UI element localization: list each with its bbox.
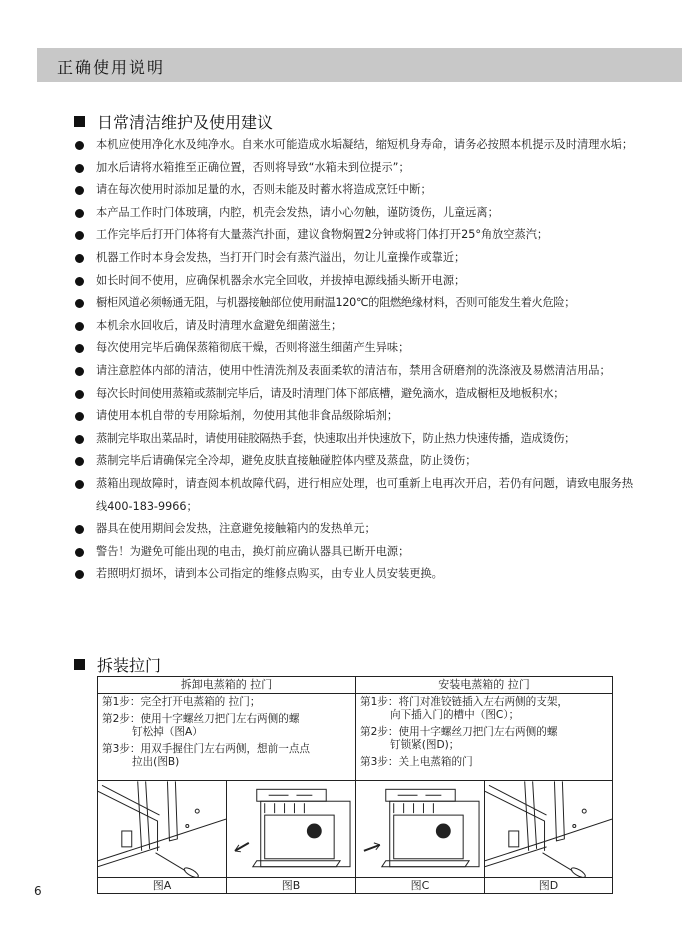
install-door-header: 安装电蒸箱的 拉门 — [356, 677, 613, 694]
list-item: 加水后请将水箱推至正确位置，否则将导致“水箱未到位提示”； — [74, 157, 634, 180]
list-item: 蒸制完毕取出菜品时，请使用硅胶隔热手套，快速取出并快速放下，防止热力快速传播，造… — [74, 428, 634, 451]
list-item: 本机应使用净化水及纯净水。自来水可能造成水垢凝结，缩短机身寿命，请务必按照本机提… — [74, 134, 634, 157]
list-item: 蒸制完毕后请确保完全冷却，避免皮肤直接触碰腔体内壁及蒸盘，防止烫伤； — [74, 450, 634, 473]
figure-c-insert-door — [356, 781, 485, 878]
step: 第1步：完全打开电蒸箱的 拉门； — [102, 696, 351, 709]
bullet-dot-icon — [75, 344, 84, 353]
bullet-dot-icon — [75, 548, 84, 557]
bullet-dot-icon — [75, 570, 84, 579]
list-item: 蒸箱出现故障时，请查阅本机故障代码，进行相应处理，也可重新上电再次开启，若仍有问… — [74, 473, 634, 518]
list-item: 请使用本机自带的专用除垢剂，勿使用其他非食品级除垢剂； — [74, 405, 634, 428]
install-door-steps: 第1步：将门对准铰链插入左右两侧的支架，向下插入门的槽中（图C）； 第2步：使用… — [356, 694, 613, 781]
bullet-dot-icon — [75, 254, 84, 263]
square-bullet-icon — [74, 116, 85, 127]
list-item: 若照明灯损坏，请到本公司指定的维修点购买，由专业人员安装更换。 — [74, 563, 634, 586]
page-title: 正确使用说明 — [57, 55, 165, 78]
list-item: 如长时间不使用，应确保机器余水完全回收，并拔掉电源线插头断开电源； — [74, 270, 634, 293]
bullet-dot-icon — [75, 457, 84, 466]
step: 第1步：将门对准铰链插入左右两侧的支架，向下插入门的槽中（图C）； — [360, 696, 608, 722]
bullet-dot-icon — [75, 141, 84, 150]
list-item: 机器工作时本身会发热，当打开门时会有蒸汽溢出，勿让儿童操作或靠近； — [74, 247, 634, 270]
bullet-dot-icon — [75, 186, 84, 195]
list-item: 本机余水回收后，请及时清理水盒避免细菌滋生； — [74, 315, 634, 338]
section-title: 拆装拉门 — [97, 653, 161, 676]
list-item: 本产品工作时门体玻璃，内腔，机壳会发热，请小心勿触，谨防烫伤，儿童远离； — [74, 202, 634, 225]
bullet-dot-icon — [75, 412, 84, 421]
bullet-dot-icon — [75, 164, 84, 173]
figure-caption-a: 图A — [98, 878, 227, 894]
section-header-bar: 正确使用说明 — [37, 48, 682, 82]
section-title: 日常清洁维护及使用建议 — [97, 110, 273, 133]
list-item: 请注意腔体内部的清洁，使用中性清洗剂及表面柔软的清洁布，禁用含研磨剂的洗涤液及易… — [74, 360, 634, 383]
step: 第3步：用双手握住门左右两侧，想前一点点拉出(图B) — [102, 743, 351, 769]
bullet-dot-icon — [75, 277, 84, 286]
list-item: 橱柜风道必须畅通无阻，与机器接触部位使用耐温120℃的阻燃绝缘材料，否则可能发生… — [74, 292, 634, 315]
bullet-dot-icon — [75, 209, 84, 218]
bullet-dot-icon — [75, 390, 84, 399]
remove-door-header: 拆卸电蒸箱的 拉门 — [98, 677, 356, 694]
figure-b-pull-door — [227, 781, 356, 878]
bullet-dot-icon — [75, 231, 84, 240]
bullet-dot-icon — [75, 525, 84, 534]
section-heading-cleaning: 日常清洁维护及使用建议 — [74, 110, 273, 133]
section-heading-door: 拆装拉门 — [74, 653, 161, 676]
figure-caption-d: 图D — [485, 878, 613, 894]
list-item: 警告！为避免可能出现的电击，换灯前应确认器具已断开电源； — [74, 541, 634, 564]
bullet-dot-icon — [75, 322, 84, 331]
page-number: 6 — [34, 884, 42, 898]
remove-door-steps: 第1步：完全打开电蒸箱的 拉门； 第2步：使用十字螺丝刀把门左右两侧的螺钉松掉（… — [98, 694, 356, 781]
list-item: 器具在使用期间会发热，注意避免接触箱内的发热单元； — [74, 518, 634, 541]
bullet-dot-icon — [75, 435, 84, 444]
step: 第3步：关上电蒸箱的门 — [360, 756, 608, 769]
list-item: 请在每次使用时添加足量的水，否则未能及时蓄水将造成烹饪中断； — [74, 179, 634, 202]
figure-d-hinge-screwdriver — [485, 781, 613, 878]
step: 第2步：使用十字螺丝刀把门左右两侧的螺钉锁紧(图D)； — [360, 726, 608, 752]
cleaning-tips-list: 本机应使用净化水及纯净水。自来水可能造成水垢凝结，缩短机身寿命，请务必按照本机提… — [74, 134, 634, 586]
figure-caption-c: 图C — [356, 878, 485, 894]
bullet-dot-icon — [75, 480, 84, 489]
square-bullet-icon — [74, 659, 85, 670]
bullet-dot-icon — [75, 299, 84, 308]
list-item: 每次使用完毕后确保蒸箱彻底干燥，否则将滋生细菌产生异味； — [74, 337, 634, 360]
bullet-dot-icon — [75, 367, 84, 376]
figure-caption-b: 图B — [227, 878, 356, 894]
list-item: 工作完毕后打开门体将有大量蒸汽扑面，建议食物焖置2分钟或将门体打开25°角放空蒸… — [74, 224, 634, 247]
door-instructions-table: 拆卸电蒸箱的 拉门 安装电蒸箱的 拉门 第1步：完全打开电蒸箱的 拉门； 第2步… — [97, 676, 613, 894]
list-item: 每次长时间使用蒸箱或蒸制完毕后，请及时清理门体下部底槽，避免滴水，造成橱柜及地板… — [74, 383, 634, 406]
figure-a-hinge-screwdriver — [98, 781, 227, 878]
step: 第2步：使用十字螺丝刀把门左右两侧的螺钉松掉（图A） — [102, 713, 351, 739]
